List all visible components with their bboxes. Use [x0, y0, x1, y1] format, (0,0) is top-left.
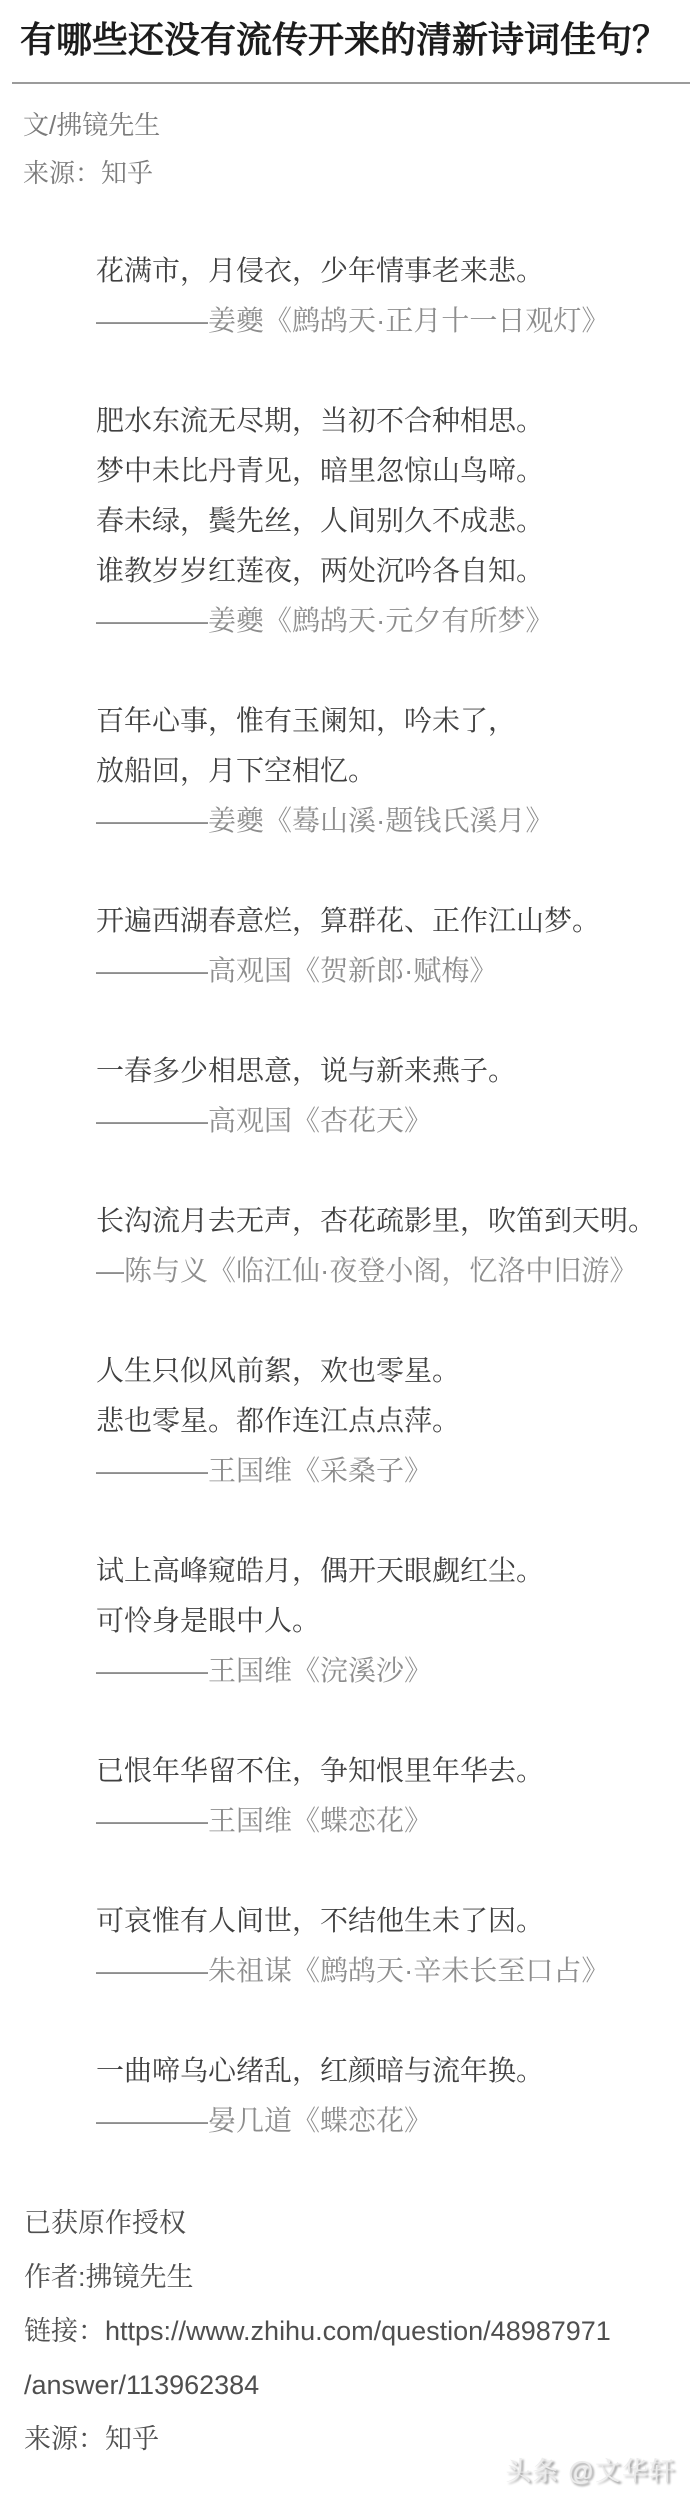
quote-attribution: ————朱祖谋《鹧鸪天·辛未长至口占》 — [96, 1946, 690, 1996]
quote-block: 一春多少相思意，说与新来燕子。————高观国《杏花天》 — [96, 1046, 690, 1146]
toutiao-watermark: 头条 @文华轩 — [505, 2451, 676, 2488]
quote-block: 花满市，月侵衣，少年情事老来悲。————姜夔《鹧鸪天·正月十一日观灯》 — [96, 246, 690, 346]
poem-line: 一曲啼乌心绪乱，红颜暗与流年换。 — [96, 2046, 690, 2096]
footer-line: 作者:拂镜先生 — [24, 2250, 690, 2304]
quote-attribution: ————高观国《贺新郎·赋梅》 — [96, 946, 690, 996]
poem-line: 可怜身是眼中人。 — [96, 1596, 690, 1646]
quote-block: 长沟流月去无声，杏花疏影里，吹笛到天明。—陈与义《临江仙·夜登小阁，忆洛中旧游》 — [96, 1196, 690, 1296]
poem-line: 长沟流月去无声，杏花疏影里，吹笛到天明。 — [96, 1196, 690, 1246]
quote-block: 肥水东流无尽期，当初不合种相思。梦中未比丹青见，暗里忽惊山鸟啼。春未绿，鬓先丝，… — [96, 396, 690, 646]
quotes-list: 花满市，月侵衣，少年情事老来悲。————姜夔《鹧鸪天·正月十一日观灯》肥水东流无… — [0, 246, 690, 2146]
quote-attribution: ————王国维《采桑子》 — [96, 1446, 690, 1496]
poem-line: 百年心事，惟有玉阑知，吟未了， — [96, 696, 690, 746]
poem-line: 花满市，月侵衣，少年情事老来悲。 — [96, 246, 690, 296]
poem-line: 放船回，月下空相忆。 — [96, 746, 690, 796]
poem-line: 开遍西湖春意烂，算群花、正作江山梦。 — [96, 896, 690, 946]
quote-attribution: ————高观国《杏花天》 — [96, 1096, 690, 1146]
article-page: 有哪些还没有流传开来的清新诗词佳句？ 文/拂镜先生 来源：知乎 花满市，月侵衣，… — [0, 0, 690, 2500]
poem-line: 肥水东流无尽期，当初不合种相思。 — [96, 396, 690, 446]
quote-block: 人生只似风前絮，欢也零星。悲也零星。都作连江点点萍。————王国维《采桑子》 — [96, 1346, 690, 1496]
title-divider — [12, 82, 690, 84]
poem-line: 一春多少相思意，说与新来燕子。 — [96, 1046, 690, 1096]
footer-line: 链接：https://www.zhihu.com/question/489879… — [24, 2304, 690, 2358]
quote-attribution: ————王国维《浣溪沙》 — [96, 1646, 690, 1696]
poem-line: 春未绿，鬓先丝，人间别久不成悲。 — [96, 496, 690, 546]
quote-block: 开遍西湖春意烂，算群花、正作江山梦。————高观国《贺新郎·赋梅》 — [96, 896, 690, 996]
poem-line: 梦中未比丹青见，暗里忽惊山鸟啼。 — [96, 446, 690, 496]
quote-attribution: ————姜夔《鹧鸪天·正月十一日观灯》 — [96, 296, 690, 346]
quote-block: 试上高峰窥皓月，偶开天眼觑红尘。可怜身是眼中人。————王国维《浣溪沙》 — [96, 1546, 690, 1696]
footer-line: /answer/113962384 — [24, 2358, 690, 2412]
quote-attribution: ————王国维《蝶恋花》 — [96, 1796, 690, 1846]
footer-line: 已获原作授权 — [24, 2196, 690, 2250]
quote-attribution: ————晏几道《蝶恋花》 — [96, 2096, 690, 2146]
poem-line: 可哀惟有人间世，不结他生未了因。 — [96, 1896, 690, 1946]
quote-block: 一曲啼乌心绪乱，红颜暗与流年换。————晏几道《蝶恋花》 — [96, 2046, 690, 2146]
quote-block: 百年心事，惟有玉阑知，吟未了，放船回，月下空相忆。————姜夔《蓦山溪·题钱氏溪… — [96, 696, 690, 846]
quote-attribution: ————姜夔《鹧鸪天·元夕有所梦》 — [96, 596, 690, 646]
footer: 已获原作授权作者:拂镜先生链接：https://www.zhihu.com/qu… — [24, 2196, 690, 2466]
poem-line: 已恨年华留不住，争知恨里年华去。 — [96, 1746, 690, 1796]
quote-attribution: ————姜夔《蓦山溪·题钱氏溪月》 — [96, 796, 690, 846]
poem-line: 人生只似风前絮，欢也零星。 — [96, 1346, 690, 1396]
page-title: 有哪些还没有流传开来的清新诗词佳句？ — [0, 0, 690, 66]
poem-line: 试上高峰窥皓月，偶开天眼觑红尘。 — [96, 1546, 690, 1596]
quote-attribution: —陈与义《临江仙·夜登小阁，忆洛中旧游》 — [96, 1246, 690, 1296]
author-byline: 文/拂镜先生 — [23, 110, 690, 140]
poem-line: 谁教岁岁红莲夜，两处沉吟各自知。 — [96, 546, 690, 596]
poem-line: 悲也零星。都作连江点点萍。 — [96, 1396, 690, 1446]
quote-block: 已恨年华留不住，争知恨里年华去。————王国维《蝶恋花》 — [96, 1746, 690, 1846]
source-byline: 来源：知乎 — [23, 158, 690, 188]
quote-block: 可哀惟有人间世，不结他生未了因。————朱祖谋《鹧鸪天·辛未长至口占》 — [96, 1896, 690, 1996]
